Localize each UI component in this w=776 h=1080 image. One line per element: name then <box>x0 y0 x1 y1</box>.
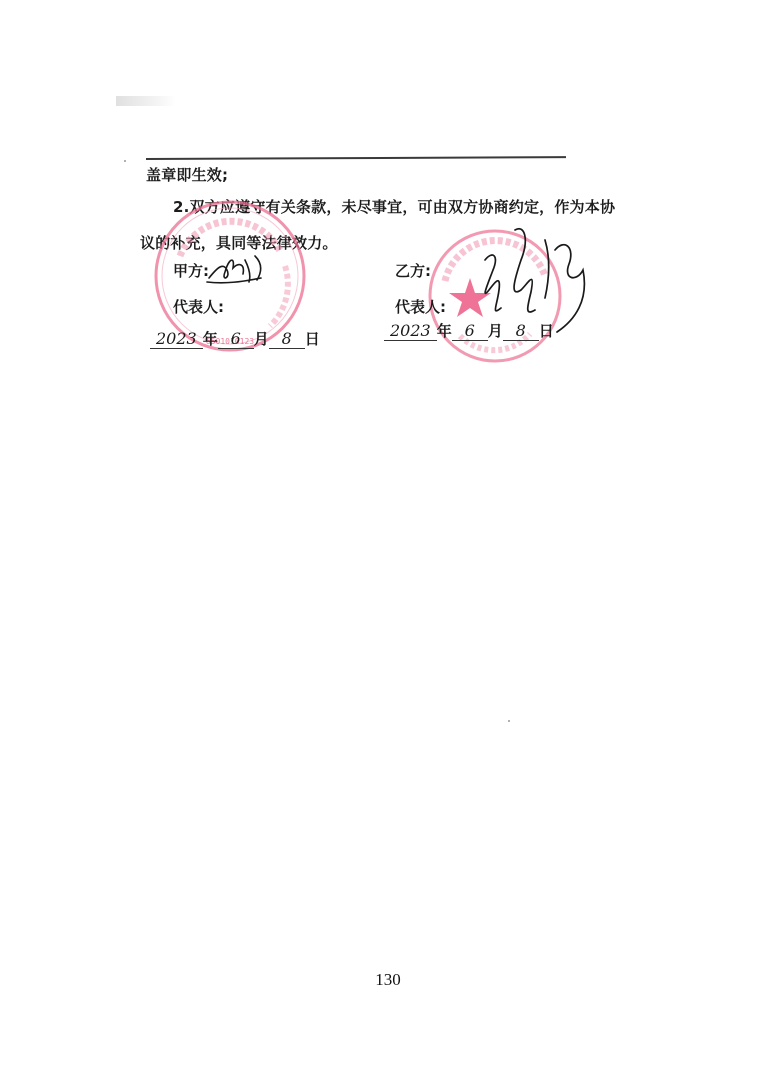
party-b-date-day: 8 <box>503 321 539 341</box>
party-b-seal-stamp <box>425 226 565 366</box>
party-b-date: 2023年6月8日 <box>384 320 554 341</box>
party-a-date: 2023年6月8日 <box>150 328 320 349</box>
party-a-date-month: 6 <box>218 329 254 349</box>
month-label: 月 <box>488 322 503 340</box>
horizontal-rule <box>146 156 566 160</box>
party-b-signature <box>465 220 590 335</box>
party-a-representative-label: 代表人: <box>173 296 224 317</box>
party-a-label: 甲方: <box>173 260 209 281</box>
month-label: 月 <box>254 330 269 348</box>
party-b-label: 乙方: <box>395 260 431 281</box>
clause-text-line-1: 盖章即生效; <box>146 164 228 185</box>
party-a-date-year: 2023 <box>150 329 203 349</box>
scan-smudge <box>116 96 176 106</box>
party-a-date-day: 8 <box>269 329 305 349</box>
day-label: 日 <box>305 330 320 348</box>
page-number: 130 <box>0 970 776 990</box>
clause-text-line-2: 2.双方应遵守有关条款，未尽事宜，可由双方协商约定，作为本协 <box>173 196 615 217</box>
party-a-signature <box>205 248 275 288</box>
year-label: 年 <box>437 322 452 340</box>
party-b-representative-label: 代表人: <box>395 296 446 317</box>
scan-speck <box>124 160 126 162</box>
party-b-date-year: 2023 <box>384 321 437 341</box>
day-label: 日 <box>539 322 554 340</box>
year-label: 年 <box>203 330 218 348</box>
clause-text-line-3: 议的补充，具同等法律效力。 <box>140 232 338 253</box>
scan-speck <box>508 720 510 722</box>
party-b-date-month: 6 <box>452 321 488 341</box>
